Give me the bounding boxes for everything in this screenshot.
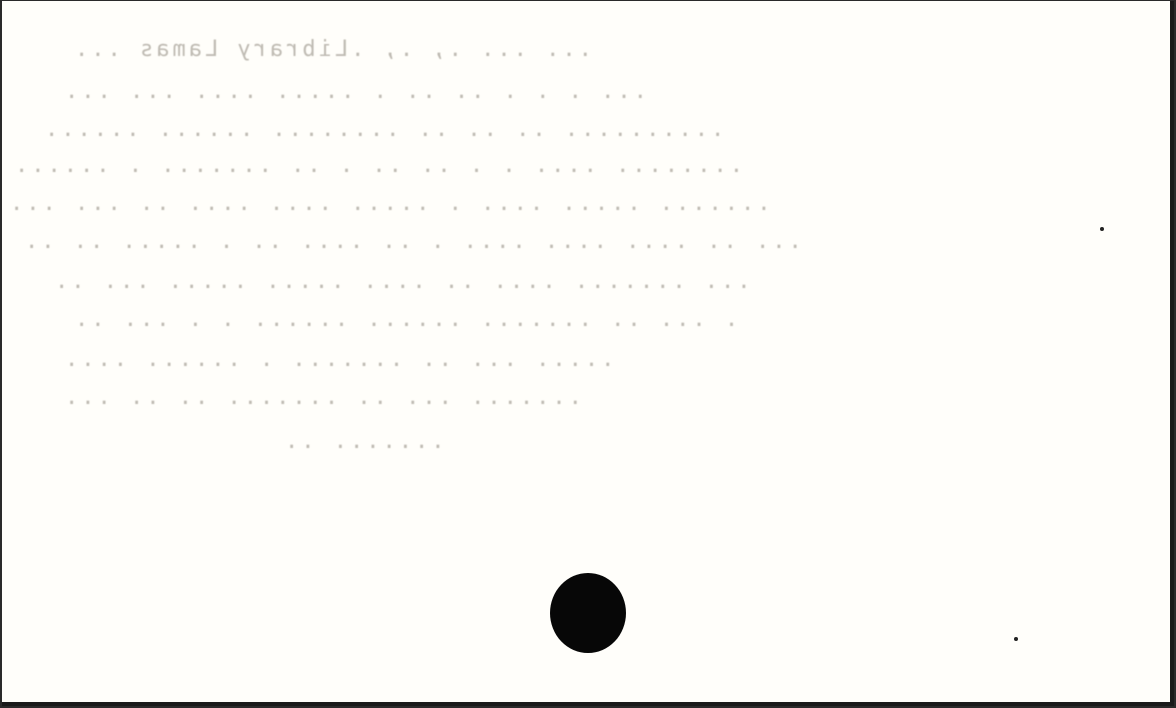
dust-speck <box>1100 227 1104 231</box>
bleed-line: ....... ... .. ....... .. .. ... <box>62 385 582 410</box>
punch-hole <box>550 573 626 653</box>
bleed-line: ....... .. <box>282 429 444 454</box>
bleed-line: ... .. .... .... .... . .. .... .. . ...… <box>22 229 802 254</box>
dust-speck <box>1014 637 1018 641</box>
bleed-line: .......... .. .. .. ........ ...... ....… <box>42 117 724 142</box>
bleed-line: ... . . . .. .. . ..... .... ... ... <box>62 79 647 104</box>
bleed-line: ........ .... . . .. .. . .. ....... . .… <box>12 153 743 178</box>
bleed-line: . ... .. ....... ...... ...... . . ... .… <box>72 307 738 332</box>
bleed-line: ....... ..... .... . ..... .... .... .. … <box>7 191 771 216</box>
bleed-line: ... ... ., ., .Library Lamas ... <box>72 37 592 62</box>
bleed-line: ..... ... .. ....... . ...... .... <box>62 347 614 372</box>
bleed-line: ... ....... .... .. .... ..... ..... ...… <box>52 269 751 294</box>
index-card: ... ... ., ., .Library Lamas ... ... . .… <box>2 1 1174 706</box>
